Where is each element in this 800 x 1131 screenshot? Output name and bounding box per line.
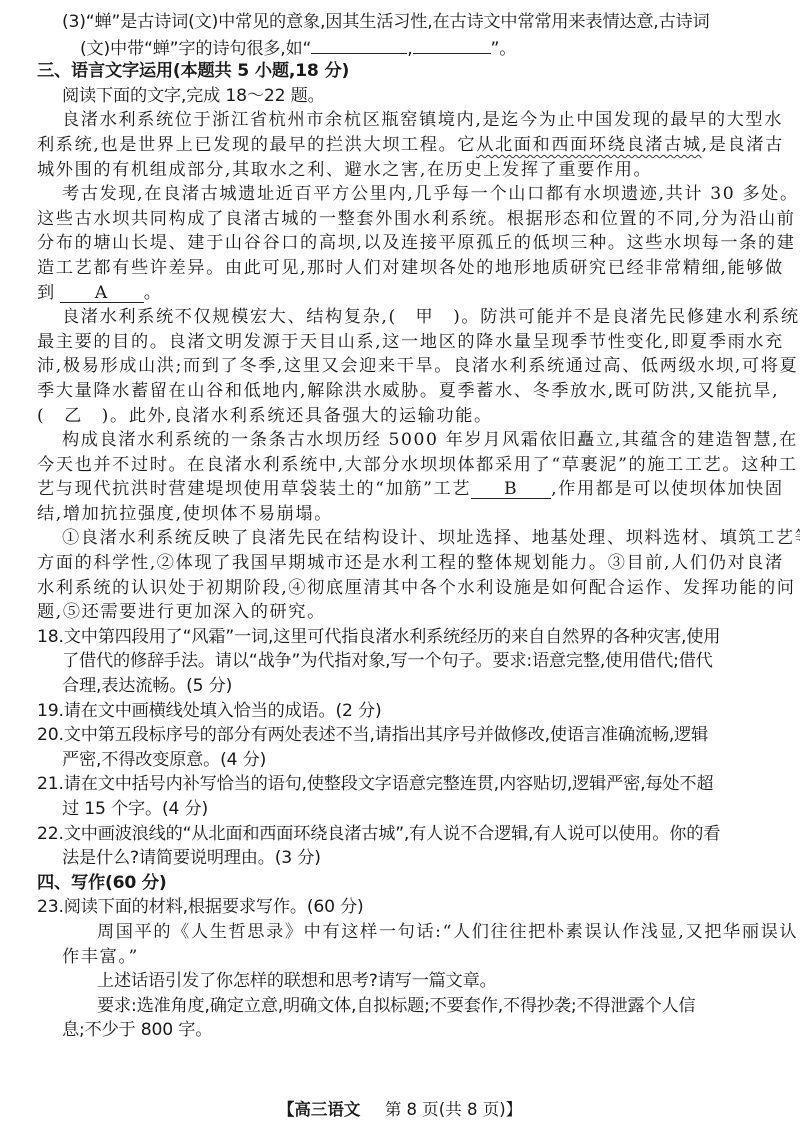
passage-p5-l2: 方面的科学性,②体现了我国早期城市还是水利工程的整体规划能力。③目前,人们仍对良… (0, 551, 800, 576)
footer-page-number: 第 8 页(共 8 页)】 (385, 1100, 522, 1119)
answer-blank-2[interactable] (413, 35, 491, 54)
question-18-l3: 合理,表达流畅。(5 分) (0, 674, 800, 699)
passage-p3-l4: 季大量降水蓄留在山谷和低地内,解除洪水威胁。夏季蓄水、冬季放水,既可防洪,又能抗… (0, 379, 800, 404)
passage-p2-l2: 这些古水坝共同构成了良渚古城的一整套外围水利系统。根据形态和位置的不同,分为沿山… (0, 207, 800, 232)
passage-p2-l5: 到A。 (0, 281, 800, 306)
passage-p1-l2: 利系统,也是世界上已发现的最早的拦洪大坝工程。它从北面和西面环绕良渚古城,是良渚… (0, 133, 800, 158)
question-21-l2: 过 15 个字。(4 分) (0, 797, 800, 822)
question-22-l2: 法是什么?请简要说明理由。(3 分) (0, 846, 800, 871)
question-18-l1: 18.文中第四段用了“风霜”一词,这里可代指良渚水利系统经历的来自自然界的各种灾… (0, 625, 800, 650)
question-23-requirements-l2: 息;不少于 800 字。 (0, 1018, 800, 1043)
question-21-l1: 21.请在文中括号内补写恰当的语句,使整段文字语意完整连贯,内容贴切,逻辑严密,… (0, 772, 800, 797)
exam-page: (3)“蝉”是古诗词(文)中常见的意象,因其生活习性,在古诗文中常常用来表情达意… (0, 10, 800, 1043)
text: 到 (37, 283, 56, 303)
passage-p2-l3: 分布的塘山长堤、建于山谷谷口的高坝,以及连接平原孤丘的低坝三种。这些水坝每一条的… (0, 231, 800, 256)
passage-p4-l2: 今天也并不过时。在良渚水利系统中,大部分水坝坝体都采用了“草裹泥”的施工工艺。这… (0, 453, 800, 478)
passage-p3-l1: 良渚水利系统不仅规模宏大、结构复杂,( 甲 )。防洪可能并不是良渚先民修建水利系… (0, 305, 800, 330)
footer-subject: 【高三语文 (278, 1100, 361, 1119)
text: 艺与现代抗洪时营建堤坝使用草袋装土的“加筋”工艺 (37, 479, 471, 499)
q17-3-line1: (3)“蝉”是古诗词(文)中常见的意象,因其生活习性,在古诗文中常常用来表情达意… (0, 10, 800, 35)
question-23-prompt: 上述话语引发了你怎样的联想和思考?请写一篇文章。 (0, 969, 800, 994)
passage-p5-l1: ①良渚水利系统反映了良渚先民在结构设计、坝址选择、地基处理、坝料选材、填筑工艺等 (0, 526, 800, 551)
passage-p3-l2: 最主要的目的。良渚文明发源于天目山系,这一地区的降水量呈现季节性变化,即夏季雨水… (0, 330, 800, 355)
text: ,作用都是可以使坝体加快固 (551, 479, 784, 499)
blank-a[interactable]: A (60, 284, 144, 303)
passage-p4-l1: 构成良渚水利系统的一条条古水坝历经 5000 年岁月风霜依旧矗立,其蕴含的建造智… (0, 428, 800, 453)
section3-heading: 三、语言文字运用(本题共 5 小题,18 分) (0, 59, 800, 84)
question-23-quote-l2: 作丰富。” (0, 945, 800, 970)
question-22-l1: 22.文中画波浪线的“从北面和西面环绕良渚古城”,有人说不合逻辑,有人说可以使用… (0, 822, 800, 847)
wavy-underlined-phrase: 从北面和西面环绕良渚古城 (476, 135, 701, 155)
question-18-l2: 了借代的修辞手法。请以“战争”为代指对象,写一个句子。要求:语意完整,使用借代;… (0, 649, 800, 674)
text: ,是良渚古 (702, 135, 784, 155)
section4-heading: 四、写作(60 分) (0, 871, 800, 896)
passage-p5-l3: 水利系统的认识处于初期阶段,④彻底厘清其中各个水利设施是如何配合运作、发挥功能的… (0, 576, 800, 601)
blank-b[interactable]: B (471, 480, 551, 499)
text: 。 (144, 283, 163, 303)
passage-p4-l4: 结,增加抗拉强度,使坝体不易崩塌。 (0, 502, 800, 527)
passage-p3-l3: 沛,极易形成山洪;而到了冬季,这里又会迎来干旱。良渚水利系统通过高、低两级水坝,… (0, 354, 800, 379)
passage-p1-l3: 城外围的有机组成部分,其取水之利、避水之害,在历史上发挥了重要作用。 (0, 158, 800, 183)
passage-p4-l3: 艺与现代抗洪时营建堤坝使用草袋装土的“加筋”工艺B,作用都是可以使坝体加快固 (0, 477, 800, 502)
question-23-l1: 23.阅读下面的材料,根据要求写作。(60 分) (0, 895, 800, 920)
question-23-requirements-l1: 要求:选准角度,确定立意,明确文体,自拟标题;不要套作,不得抄袭;不得泄露个人信 (0, 994, 800, 1019)
q17-3-suffix: ”。 (491, 39, 517, 59)
passage-p2-l4: 造工艺都有些许差异。由此可见,那时人们对建坝各处的地形地质研究已经非常精细,能够… (0, 256, 800, 281)
question-19: 19.请在文中画横线处填入恰当的成语。(2 分) (0, 699, 800, 724)
question-20-l2: 严密,不得改变原意。(4 分) (0, 748, 800, 773)
passage-p5-l4: 题,⑤还需要进行更加深入的研究。 (0, 600, 800, 625)
passage-p1-l1: 良渚水利系统位于浙江省杭州市余杭区瓶窑镇境内,是迄今为止中国发现的最早的大型水 (0, 108, 800, 133)
section3-intro: 阅读下面的文字,完成 18～22 题。 (0, 84, 800, 109)
q17-3-line2: (文)中带“蝉”字的诗句很多,如“,”。 (0, 35, 800, 60)
passage-p3-l5: ( 乙 )。此外,良渚水利系统还具备强大的运输功能。 (0, 404, 800, 429)
passage-p2-l1: 考古发现,在良渚古城遗址近百平方公里内,几乎每一个山口都有水坝遗迹,共计 30 … (0, 182, 800, 207)
text: 利系统,也是世界上已发现的最早的拦洪大坝工程。它 (37, 135, 476, 155)
page-footer: 【高三语文 第 8 页(共 8 页)】 (0, 1098, 800, 1122)
q17-3-prefix: (文)中带“蝉”字的诗句很多,如“ (80, 39, 311, 59)
question-23-quote-l1: 周国平的《人生哲思录》中有这样一句话:“人们往往把朴素误认作浅显,又把华丽误认 (0, 920, 800, 945)
question-20-l1: 20.文中第五段标序号的部分有两处表述不当,请指出其序号并做修改,使语言准确流畅… (0, 723, 800, 748)
answer-blank-1[interactable] (311, 35, 407, 54)
